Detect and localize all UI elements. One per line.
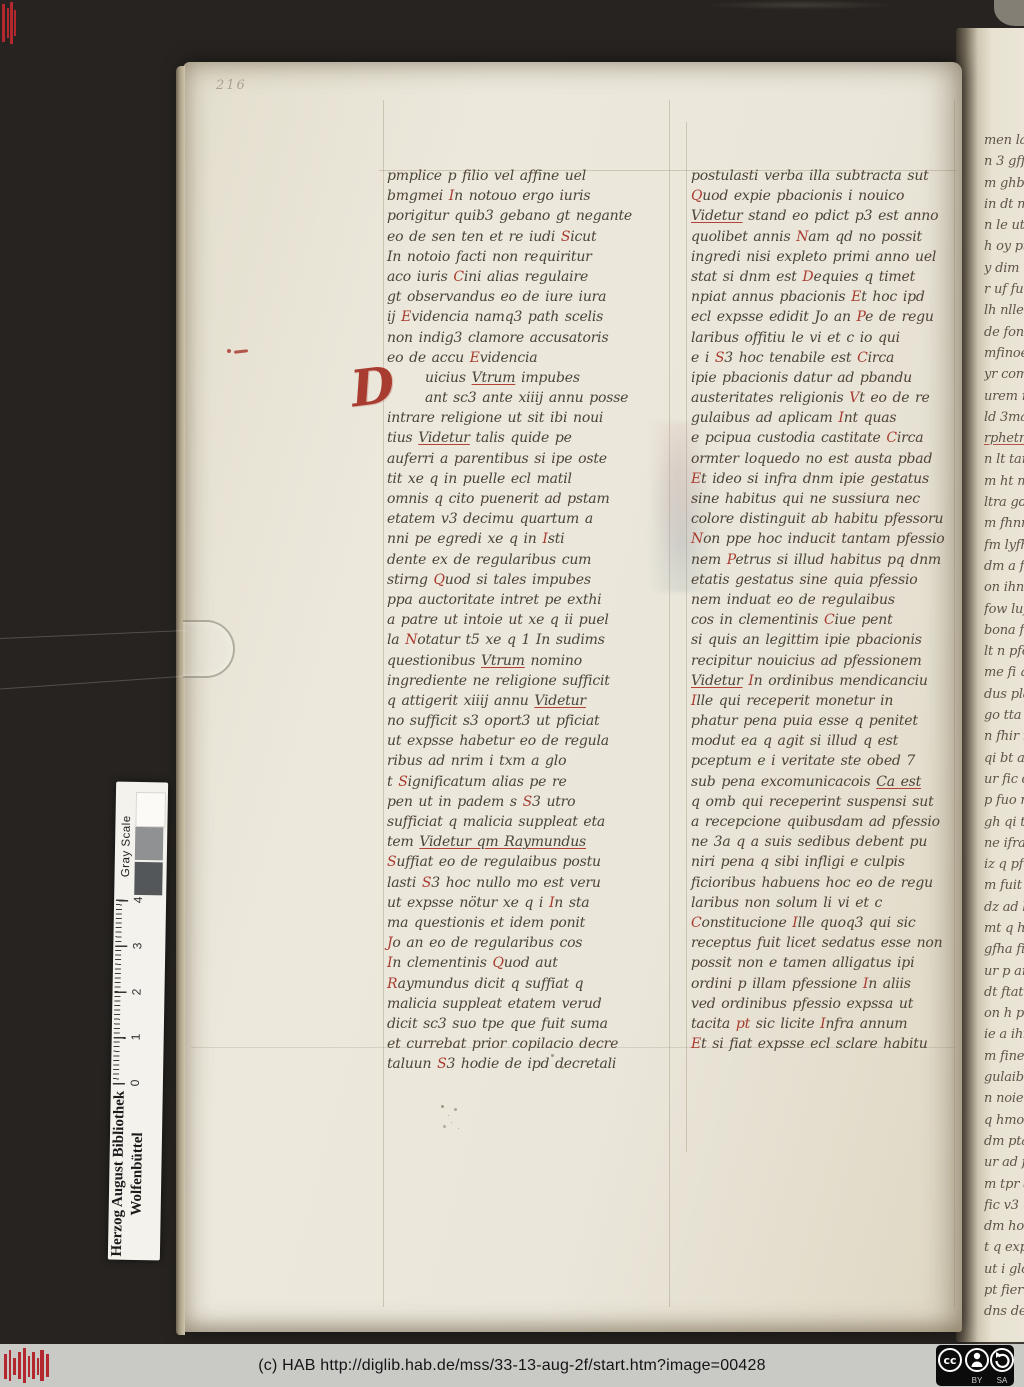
manuscript-text-segment: la	[387, 632, 405, 648]
manuscript-line: ut expsse nötur xe q i In sta	[387, 893, 671, 913]
manuscript-text-segment: ne 3a q a suis sedibus debent pu	[691, 834, 927, 850]
manuscript-text-segment: e pcipua custodia castitate	[691, 430, 886, 446]
manuscript-line: nni pe egredi xe q in Isti	[387, 529, 671, 549]
manuscript-text-segment: uod si tales impubes	[445, 572, 591, 588]
manuscript-text-segment: E	[691, 471, 701, 487]
manuscript-line: recipitur nouicius ad pfessionem	[691, 651, 957, 671]
manuscript-line: ppa auctoritate intret pe exthi	[387, 590, 671, 610]
manuscript-text-segment: sti	[548, 531, 565, 547]
manuscript-line: Constitucione Ille quoq3 qui sic	[691, 913, 957, 933]
edge-text-fragment: rphetrum	[984, 428, 1024, 449]
manuscript-text-segment: etatis gestatus sine quia pfessio	[691, 572, 917, 588]
edge-text-fragment: ne ifra an	[984, 833, 1024, 854]
manuscript-line: lasti S3 hoc nullo mo est veru	[387, 873, 671, 893]
manuscript-line: malicia suppleat etatem verud	[387, 994, 671, 1014]
edge-text-fragment: ut i glo m	[984, 1259, 1024, 1280]
edge-text-fragment: gulaib9 et	[984, 1067, 1024, 1088]
manuscript-line: ne 3a q a suis sedibus debent pu	[691, 832, 957, 852]
manuscript-text-segment: t ideo si infra dnm ipie gestatus	[701, 471, 929, 487]
manuscript-text-segment: ormter loquedo no est austa pbad	[691, 451, 932, 467]
manuscript-text-segment: ini alias regulaire	[464, 269, 588, 285]
manuscript-text-segment: ribus ad nrim i txm a glo	[387, 753, 566, 769]
manuscript-line: quolibet annis Nam qd no possit	[691, 227, 957, 247]
manuscript-line: npiat annus pbacionis Et hoc ipd	[691, 287, 957, 307]
manuscript-line: nem induat eo de regulaibus	[691, 590, 957, 610]
manuscript-line: ficioribus habuens hoc eo de regu	[691, 873, 957, 893]
manuscript-line: In notoio facti non requiritur	[387, 247, 671, 267]
manuscript-line: Non ppe hoc inducit tantam pfessio	[691, 529, 957, 549]
manuscript-text-segment: laribus offitiu le vi et c io qui	[691, 330, 900, 346]
manuscript-text-segment: ut expsse habetur eo de regula	[387, 733, 609, 749]
manuscript-text-segment: Videtur	[418, 430, 470, 446]
manuscript-line: tit xe q in puelle ecl matil	[387, 469, 671, 489]
manuscript-text-segment: stat si dnm est	[691, 269, 802, 285]
manuscript-line: sub pena excomunicacois Ca est	[691, 772, 957, 792]
edge-text-fragment: m fhnn lt	[984, 513, 1024, 534]
ruler-number: 2	[129, 983, 141, 999]
edge-text-fragment: n noie fuo	[984, 1088, 1024, 1109]
edge-text-fragment: q hmoi ec	[984, 1110, 1024, 1131]
footer-bar: (c) HAB http://diglib.hab.de/mss/33-13-a…	[0, 1344, 1024, 1387]
manuscript-text-segment: otatur t5 xe q 1 In sudims	[417, 632, 604, 648]
manuscript-text-segment: pmplice p filio vel affine uel	[387, 168, 586, 184]
manuscript-line: eo de sen ten et re iudi Sicut	[387, 227, 671, 247]
edge-text-fragment: in dt mft	[984, 194, 1024, 215]
manuscript-line: eo de accu Evidencia	[387, 348, 671, 368]
manuscript-line: Raymundus dicit q suffiat q	[387, 974, 671, 994]
manuscript-line: pen ut in padem s S3 utro	[387, 792, 671, 812]
manuscript-text-segment: t eo de re	[859, 390, 929, 406]
manuscript-line: possit non e tamen alligatus ipi	[691, 953, 957, 973]
manuscript-line: gulaibus ad aplicam Int quas	[691, 408, 957, 428]
ruler-number: 3	[130, 938, 142, 954]
gray-scale-patch	[135, 827, 164, 860]
manuscript-text-segment: sufficiat q malicia suppleat eta	[387, 814, 605, 830]
manuscript-line: Videtur In ordinibus mendicanciu	[691, 671, 957, 691]
manuscript-line: etatem v3 decimu quartum a	[387, 509, 671, 529]
manuscript-text-segment: uicius	[425, 370, 472, 386]
manuscript-text-segment: e de regu	[865, 309, 934, 325]
manuscript-line: taluun S3 hodie de ipd decretali	[387, 1054, 671, 1074]
manuscript-text-segment: recipitur nouicius ad pfessionem	[691, 653, 922, 669]
manuscript-line: tem Videtur qm Raymundus	[387, 832, 671, 852]
manuscript-line: ribus ad nrim i txm a glo	[387, 751, 671, 771]
manuscript-line: ma questionis et idem ponit	[387, 913, 671, 933]
edge-text-fragment: fm lyfh d	[984, 535, 1024, 556]
manuscript-line: postulasti verba illa subtracta sut	[691, 166, 957, 186]
manuscript-line: e pcipua custodia castitate Circa	[691, 428, 957, 448]
manuscript-text-segment: C	[824, 612, 835, 628]
manuscript-text-segment: t si fiat expsse ecl sclare habitu	[701, 1036, 928, 1052]
manuscript-text-segment: phatur pena puia esse q penitet	[691, 713, 918, 729]
manuscript-text-segment: sic licite	[750, 1016, 820, 1032]
manuscript-text-segment: n notouo ergo iuris	[454, 188, 590, 204]
manuscript-text-segment: postulasti verba illa subtracta sut	[691, 168, 929, 184]
copyright-url-text: (c) HAB http://diglib.hab.de/mss/33-13-a…	[0, 1344, 1024, 1387]
manuscript-line: aco iuris Cini alias regulaire	[387, 267, 671, 287]
manuscript-text-segment: bmgmei	[387, 188, 449, 204]
manuscript-text-segment: ma questionis et idem ponit	[387, 915, 585, 931]
manuscript-text-segment: n sta	[554, 895, 589, 911]
manuscript-text-segment: o an eo de regularibus cos	[392, 935, 582, 951]
manuscript-text-segment: pceptum e i veritate ste obed 7	[691, 753, 915, 769]
manuscript-text-segment: etrus si illud habitus pq dnm	[735, 552, 941, 568]
edge-text-fragment: dns de hoc	[984, 1301, 1024, 1322]
manuscript-text-segment: dente ex de regularibus cum	[387, 552, 591, 568]
speck-cluster	[441, 1105, 444, 1108]
svg-text:cc: cc	[943, 1354, 956, 1367]
manuscript-text-segment: uod expie pbacionis i nouico	[702, 188, 904, 204]
manuscript-line: phatur pena puia esse q penitet	[691, 711, 957, 731]
edge-text-fragment: n le utme	[984, 215, 1024, 236]
edge-text-fragment: ur p anu	[984, 961, 1024, 982]
manuscript-line: stirng Quod si tales impubes	[387, 570, 671, 590]
manuscript-text-segment: no sufficit s3 oport3 ut pficiat	[387, 713, 599, 729]
manuscript-text-segment: lle qui receperit monetur in	[696, 693, 893, 709]
manuscript-text-segment: Q	[691, 188, 702, 204]
edge-text-fragment: de fondt a	[984, 322, 1024, 343]
manuscript-text-segment: ingrediente ne religione sufficit	[387, 673, 610, 689]
manuscript-line: ordini p illam pfessione In aliis	[691, 974, 957, 994]
manuscript-text-segment: Videtur	[534, 693, 586, 709]
manuscript-text-segment: n aliis	[868, 976, 911, 992]
manuscript-line: auferri a parentibus si ipe oste	[387, 449, 671, 469]
manuscript-text-segment: gulaibus ad aplicam	[691, 410, 838, 426]
edge-text-fragment: ie a ihi pt	[984, 1024, 1024, 1045]
manuscript-text-segment: Videtur	[691, 208, 743, 224]
manuscript-text-segment: Videtur	[691, 673, 743, 689]
manuscript-text-segment: S	[387, 854, 396, 870]
manuscript-text-segment: colore distinguit ab habitu pfessoru	[691, 511, 943, 527]
institution-line1: Herzog August Bibliothek	[108, 1089, 130, 1259]
manuscript-line: nem Petrus si illud habitus pq dnm	[691, 550, 957, 570]
edge-text-fragment: y dim wn	[984, 258, 1024, 279]
red-pen-trial-mark	[227, 346, 249, 356]
manuscript-line: Quod expie pbacionis i nouico	[691, 186, 957, 206]
edge-text-fragment: go tta ptu	[984, 705, 1024, 726]
manuscript-text-segment: ij	[387, 309, 401, 325]
manuscript-text-segment: videncia namq3 path scelis	[411, 309, 603, 325]
manuscript-text-segment: ingredi nisi expleto primi anno uel	[691, 249, 936, 265]
manuscript-text-segment: ecl expsse edidit Jo an	[691, 309, 857, 325]
edge-text-fragment: ld 3ma g	[984, 407, 1024, 428]
manuscript-text-segment: uffiat eo de regulaibus postu	[396, 854, 600, 870]
edge-text-fragment: mt q hito	[984, 918, 1024, 939]
gray-scale-patch	[134, 862, 163, 895]
manuscript-line: receptus fuit licet sedatus esse non	[691, 933, 957, 953]
manuscript-line: etatis gestatus sine quia pfessio	[691, 570, 957, 590]
manuscript-line: questionibus Vtrum nomino	[387, 651, 671, 671]
background-light-edge	[700, 0, 900, 10]
manuscript-text-segment: q attigerit xiiij annu	[387, 693, 534, 709]
manuscript-text-segment: eo de accu	[387, 350, 470, 366]
manuscript-line: laribus non solum li vi et c	[691, 893, 957, 913]
manuscript-text-segment: E	[470, 350, 480, 366]
manuscript-text-segment: possit non e tamen alligatus ipi	[691, 955, 914, 971]
manuscript-text-segment: 3 utro	[532, 794, 575, 810]
manuscript-line: et currebat prior copilacio decre	[387, 1034, 671, 1054]
manuscript-line: si quis an legittim ipie pbacionis	[691, 630, 957, 650]
edge-text-fragment: gfha fine	[984, 939, 1024, 960]
manuscript-line: q attigerit xiiij annu Videtur	[387, 691, 671, 711]
edge-text-fragment: on ihnen b	[984, 577, 1024, 598]
next-page-edge: men la con 3 gffhtm ghbtmain dt mftn le …	[956, 28, 1024, 1342]
manuscript-text-segment: C	[857, 350, 868, 366]
manuscript-line: laribus offitiu le vi et c io qui	[691, 328, 957, 348]
edge-text-fragment: dus plaui	[984, 684, 1024, 705]
manuscript-text-segment: receptus fuit licet sedatus esse non	[691, 935, 942, 951]
manuscript-text-segment: C	[886, 430, 897, 446]
manuscript-text-segment: irca	[868, 350, 895, 366]
manuscript-text-segment: E	[401, 309, 411, 325]
edge-text-fragment: dt ftat m	[984, 982, 1024, 1003]
manuscript-line: ut expsse habetur eo de regula	[387, 731, 671, 751]
page-holder-strip-line	[0, 630, 186, 639]
manuscript-text-segment: eo de sen ten et re iudi	[387, 229, 561, 245]
manuscript-text-segment: N	[796, 229, 808, 245]
page-holder-strip-line	[0, 675, 188, 689]
manuscript-text-segment: non indig3 clamore accusatoris	[387, 330, 608, 346]
manuscript-line: ipie pbacionis datur ad pbandu	[691, 368, 957, 388]
edge-text-fragment: on h plur	[984, 1003, 1024, 1024]
manuscript-text-segment: sub pena excomunicacois	[691, 774, 876, 790]
manuscript-text-segment: pt	[736, 1016, 750, 1032]
edge-text-fragment: n fhir mo	[984, 726, 1024, 747]
edge-text-fragment: m fine dr	[984, 1046, 1024, 1067]
manuscript-text-segment: t	[387, 774, 398, 790]
manuscript-text-segment: tacita	[691, 1016, 736, 1032]
institution-label: Herzog August Bibliothek Wolfenbüttel	[108, 1089, 163, 1260]
edge-text-fragment: dm ptatis	[984, 1131, 1024, 1152]
manuscript-text-segment: ved ordinibus pfessio expssa ut	[691, 996, 913, 1012]
manuscript-text-segment: sine habitus qui ne sussiura nec	[691, 491, 920, 507]
manuscript-text-segment: R	[387, 976, 398, 992]
calibration-mark-top-left	[1, 2, 17, 46]
manuscript-text-segment: tius	[387, 430, 418, 446]
manuscript-text-segment: intrare religione ut sit ibi noui	[387, 410, 603, 426]
manuscript-line: In clementinis Quod aut	[387, 953, 671, 973]
edge-text-fragment: yr comg	[984, 364, 1024, 385]
manuscript-text-segment: ignificatum alias pe re	[408, 774, 567, 790]
manuscript-column-left: pmplice p filio vel affine uelbmgmei In …	[387, 166, 671, 1074]
manuscript-text-segment: pen ut in padem s	[387, 794, 523, 810]
edge-text-fragment: fic v3 qd	[984, 1195, 1024, 1216]
manuscript-text-segment: iue pent	[834, 612, 892, 628]
manuscript-text-segment: N	[691, 531, 703, 547]
manuscript-text-segment: a patre ut intoie ut xe q ii puel	[387, 612, 609, 628]
manuscript-line: Et ideo si infra dnm ipie gestatus	[691, 469, 957, 489]
edge-text-fragment: ltra gdnor	[984, 492, 1024, 513]
manuscript-line: q omb qui receperint suspensi sut	[691, 792, 957, 812]
manuscript-text-segment: D	[802, 269, 813, 285]
manuscript-text-segment: Vtrum	[472, 370, 516, 386]
manuscript-text-segment: S	[523, 794, 532, 810]
manuscript-line: ant sc3 ante xiiij annu posse	[387, 388, 671, 408]
manuscript-text-segment: E	[851, 289, 861, 305]
manuscript-text-segment: omnis q cito puenerit ad pstam	[387, 491, 610, 507]
manuscript-text-segment: modut ea q agit si illud q est	[691, 733, 898, 749]
edge-text-fragment: ur ad fine	[984, 1152, 1024, 1173]
edge-text-fragment: h oy ptu	[984, 236, 1024, 257]
manuscript-text-segment: S	[422, 875, 431, 891]
manuscript-text-segment: aco iuris	[387, 269, 453, 285]
edge-text-fragment: n lt tame	[984, 449, 1024, 470]
manuscript-text-segment: S	[715, 350, 724, 366]
manuscript-line: uicius Vtrum impubes	[387, 368, 671, 388]
manuscript-text-segment: Q	[434, 572, 445, 588]
manuscript-line: porigitur quib3 gebano gt negante	[387, 206, 671, 226]
edge-text-fragment: dz ad hc b	[984, 897, 1024, 918]
svg-text:BY: BY	[972, 1376, 983, 1385]
edge-text-fragment: m tpr anni	[984, 1174, 1024, 1195]
manuscript-text-segment: onstitucione	[702, 915, 793, 931]
manuscript-line: a patre ut intoie ut xe q ii puel	[387, 610, 671, 630]
manuscript-text-segment: S	[561, 229, 570, 245]
manuscript-text-segment: S	[398, 774, 407, 790]
edge-text-fragment: mfinoe d	[984, 343, 1024, 364]
manuscript-line: no sufficit s3 oport3 ut pficiat	[387, 711, 671, 731]
manuscript-line: pmplice p filio vel affine uel	[387, 166, 671, 186]
edge-text-fragment: urem mud	[984, 386, 1024, 407]
edge-text-fragment: t q expsse	[984, 1237, 1024, 1258]
manuscript-line: modut ea q agit si illud q est	[691, 731, 957, 751]
manuscript-text-segment: C	[453, 269, 464, 285]
manuscript-text-segment: am qd no possit	[808, 229, 922, 245]
manuscript-text-segment: nfra annum	[826, 1016, 908, 1032]
calibration-mark-bottom-left	[3, 1347, 55, 1385]
manuscript-text-segment: 3 hoc tenabile est	[724, 350, 857, 366]
edge-text-fragment: ur fic dm	[984, 769, 1024, 790]
manuscript-text-segment: austeritates religionis	[691, 390, 849, 406]
manuscript-text-segment: 3 hoc nullo mo est veru	[431, 875, 600, 891]
manuscript-line: sufficiat q malicia suppleat eta	[387, 812, 671, 832]
manuscript-line: dicit sc3 suo tpe que fuit suma	[387, 1014, 671, 1034]
ruler-numbers: 43210	[116, 782, 168, 783]
manuscript-line: a recepcione quibusdam ad pfessio	[691, 812, 957, 832]
manuscript-line: Videtur stand eo pdict p3 est anno	[691, 206, 957, 226]
manuscript-text-segment: q omb qui receperint suspensi sut	[691, 794, 934, 810]
edge-text-fragment: gh qi tame	[984, 812, 1024, 833]
manuscript-line: ved ordinibus pfessio expssa ut	[691, 994, 957, 1014]
manuscript-line: niri pena q sibi infligi e culpis	[691, 852, 957, 872]
manuscript-text-segment: V	[849, 390, 859, 406]
manuscript-text-segment: cos in clementinis	[691, 612, 824, 628]
manuscript-line: ingredi nisi expleto primi anno uel	[691, 247, 957, 267]
manuscript-text-segment: nni pe egredi xe q in	[387, 531, 542, 547]
manuscript-text-segment: npiat annus pbacionis	[691, 289, 851, 305]
manuscript-line: omnis q cito puenerit ad pstam	[387, 489, 671, 509]
manuscript-text-segment: videncia	[480, 350, 538, 366]
manuscript-text-segment: nomino	[525, 653, 582, 669]
manuscript-line: ecl expsse edidit Jo an Pe de regu	[691, 307, 957, 327]
manuscript-text-segment: equies q timet	[813, 269, 915, 285]
manuscript-text-segment: impubes	[515, 370, 580, 386]
edge-text-fragment: m ht mgft	[984, 471, 1024, 492]
manuscript-text-segment: ut expsse nötur xe q i	[387, 895, 549, 911]
manuscript-text-segment: In notoio facti non requiritur	[387, 249, 592, 265]
manuscript-text-segment: icut	[570, 229, 596, 245]
manuscript-text-segment: questionibus	[387, 653, 481, 669]
svg-text:SA: SA	[997, 1376, 1008, 1385]
manuscript-text-segment: 3 hodie de ipd decretali	[446, 1056, 616, 1072]
manuscript-column-right: postulasti verba illa subtracta sutQuod …	[691, 166, 957, 1054]
manuscript-line: pceptum e i veritate ste obed 7	[691, 751, 957, 771]
manuscript-line: tacita pt sic licite Infra annum	[691, 1014, 957, 1034]
manuscript-text-segment: dicit sc3 suo tpe que fuit suma	[387, 1016, 608, 1032]
institution-line2: Wolfenbüttel	[127, 1089, 149, 1259]
manuscript-line: Suffiat eo de regulaibus postu	[387, 852, 671, 872]
gray-scale-patch	[135, 792, 166, 828]
manuscript-page: 216 D pmplice p filio vel affine uelbmgm…	[183, 62, 962, 1332]
manuscript-line: cos in clementinis Ciue pent	[691, 610, 957, 630]
manuscript-text-segment: niri pena q sibi infligi e culpis	[691, 854, 905, 870]
manuscript-line: ormter loquedo no est austa pbad	[691, 449, 957, 469]
folio-number: 216	[216, 78, 247, 93]
edge-text-fragment: iz q pfiho	[984, 854, 1024, 875]
ruler-number: 1	[129, 1029, 141, 1045]
next-page-text-fragments: men la con 3 gffhtm ghbtmain dt mftn le …	[984, 130, 1024, 1330]
edge-text-fragment: dm a fee g	[984, 556, 1024, 577]
ruling-line-left-outer	[383, 100, 384, 1307]
manuscript-text-segment: Videtur qm Raymundus	[419, 834, 586, 850]
edge-text-fragment: r uf fur fi	[984, 279, 1024, 300]
manuscript-text-segment: lasti	[387, 875, 422, 891]
manuscript-text-segment: Q	[492, 955, 503, 971]
manuscript-text-segment: malicia suppleat etatem verud	[387, 996, 601, 1012]
manuscript-text-segment: stand eo pdict p3 est anno	[743, 208, 939, 224]
manuscript-text-segment: uod aut	[504, 955, 558, 971]
manuscript-line: bmgmei In notouo ergo iuris	[387, 186, 671, 206]
manuscript-text-segment: n ordinibus mendicanciu	[754, 673, 928, 689]
edge-text-fragment: dm hoies	[984, 1216, 1024, 1237]
edge-text-fragment: fow lufht	[984, 599, 1024, 620]
cc-by-sa-license-badge: cc BY SA	[936, 1345, 1014, 1386]
manuscript-text-segment: laribus non solum li vi et c	[691, 895, 882, 911]
manuscript-line: sine habitus qui ne sussiura nec	[691, 489, 957, 509]
manuscript-text-segment: auferri a parentibus si ipe oste	[387, 451, 607, 467]
edge-text-fragment: me fi qut	[984, 662, 1024, 683]
manuscript-line: colore distinguit ab habitu pfessoru	[691, 509, 957, 529]
manuscript-text-segment: lle quoq3 qui sic	[798, 915, 916, 931]
edge-text-fragment: pt fieri et	[984, 1280, 1024, 1301]
manuscript-line: stat si dnm est Dequies q timet	[691, 267, 957, 287]
edge-text-fragment: men la co	[984, 130, 1024, 151]
manuscript-text-segment: ordini p illam pfessione	[691, 976, 863, 992]
manuscript-text-segment: stirng	[387, 572, 434, 588]
manuscript-text-segment: et currebat prior copilacio decre	[387, 1036, 618, 1052]
edge-text-fragment: m ghbtma	[984, 173, 1024, 194]
manuscript-text-segment: aymundus dicit q suffiat q	[398, 976, 584, 992]
manuscript-text-segment: irca	[897, 430, 924, 446]
manuscript-text-segment: gt observandus eo de iure iura	[387, 289, 606, 305]
manuscript-text-segment: talis quide pe	[470, 430, 572, 446]
manuscript-line: austeritates religionis Vt eo de re	[691, 388, 957, 408]
manuscript-line: t Significatum alias pe re	[387, 772, 671, 792]
gray-scale-patches	[116, 782, 168, 783]
manuscript-text-segment: taluun	[387, 1056, 437, 1072]
edge-text-fragment: bona fwr	[984, 620, 1024, 641]
ruler-number: 4	[131, 892, 143, 908]
manuscript-line: Jo an eo de regularibus cos	[387, 933, 671, 953]
manuscript-text-segment: e i	[691, 350, 715, 366]
manuscript-text-segment: P	[857, 309, 866, 325]
edge-text-fragment: qi bt alig	[984, 748, 1024, 769]
manuscript-text-segment: tit xe q in puelle ecl matil	[387, 471, 572, 487]
manuscript-text-segment: quolibet annis	[691, 229, 796, 245]
manuscript-text-segment: etatem v3 decimu quartum a	[387, 511, 593, 527]
manuscript-line: gt observandus eo de iure iura	[387, 287, 671, 307]
manuscript-text-segment: n clementinis	[392, 955, 492, 971]
